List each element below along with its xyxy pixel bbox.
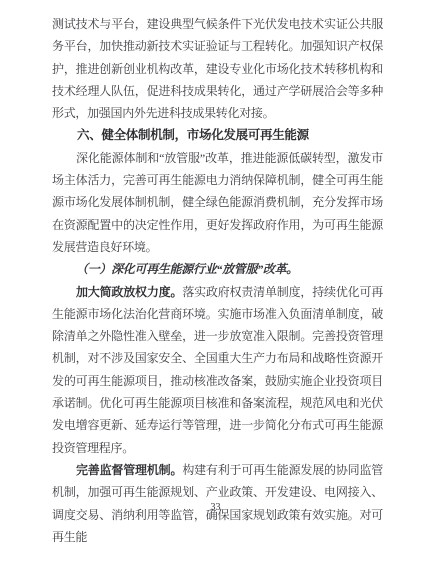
paragraph-body-text: 落实政府权责清单制度，持续优化可再生能源市场化法治化营商环境。实施市场准入负面清… [52, 285, 383, 455]
subsection-heading: （一）深化可再生能源行业“放管服”改革。 [52, 258, 383, 280]
paragraph-continuation: 测试技术与平台，建设典型气候条件下光伏发电技术实证公共服务平台，加快推动新技术实… [52, 13, 383, 124]
paragraph-lead-phrase: 加大简政放权力度。 [76, 285, 182, 299]
paragraph-lead-phrase: 完善监督管理机制。 [76, 463, 182, 477]
section-heading: 六、健全体制机制，市场化发展可再生能源 [52, 124, 383, 146]
paragraph-decentralization: 加大简政放权力度。落实政府权责清单制度，持续优化可再生能源市场化法治化营商环境。… [52, 281, 383, 459]
page-number: 33 [0, 501, 431, 515]
page-content: 测试技术与平台，建设典型气候条件下光伏发电技术实证公共服务平台，加快推动新技术实… [52, 13, 383, 548]
paragraph-market-mechanism: 深化能源体制和“放管服”改革，推进能源低碳转型，激发市场主体活力，完善可再生能源… [52, 147, 383, 258]
document-page: 测试技术与平台，建设典型气候条件下光伏发电技术实证公共服务平台，加快推动新技术实… [0, 0, 431, 563]
